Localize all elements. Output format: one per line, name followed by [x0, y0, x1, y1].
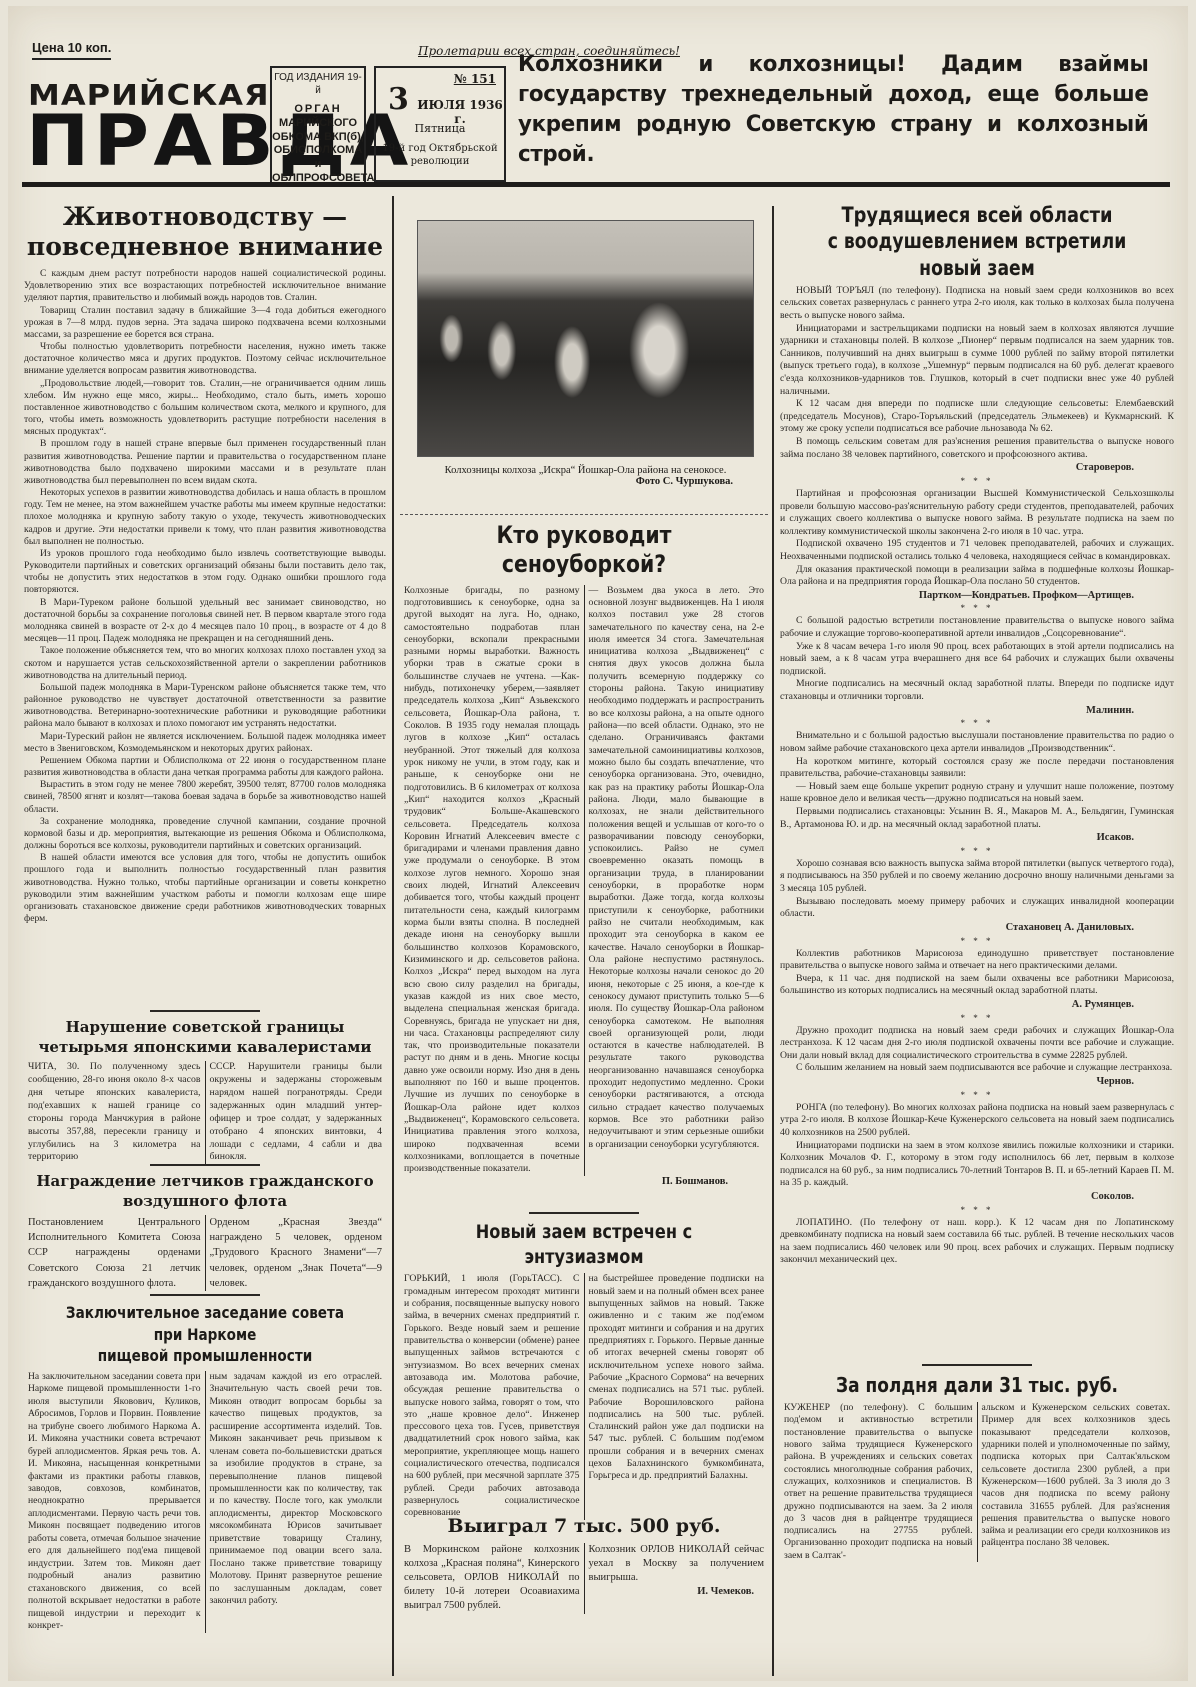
- column-text: Колхозник ОРЛОВ НИКОЛАЙ сейчас уехал в М…: [584, 1543, 769, 1614]
- column-text: Колхозные бригады, по разному подготовив…: [400, 585, 584, 1176]
- article-haymaking: Кто руководит сеноуборкой? Колхозные бри…: [400, 514, 768, 1187]
- paragraph: С каждым днем растут потребности народов…: [24, 268, 386, 305]
- signature: Чернов.: [780, 1075, 1174, 1089]
- paragraph: Инициаторами подписки на заем в этом кол…: [780, 1140, 1174, 1190]
- divider: [922, 1364, 1032, 1366]
- paragraph: Коллектив работников Марисоюза единодушн…: [780, 948, 1174, 973]
- signature: Малинин.: [780, 704, 1174, 718]
- article-body: Постановлением Центрального Исполнительн…: [24, 1215, 386, 1291]
- paragraph: Такое положение объясняется тем, что во …: [24, 645, 386, 682]
- signature: Партком—Кондратьев. Профком—Артищев.: [780, 589, 1174, 603]
- paragraph: В нашей области имеются все условия для …: [24, 852, 386, 925]
- article-body: ЧИТА, 30. По полученному здесь сообщению…: [24, 1061, 386, 1164]
- paragraph: На коротком митинге, который состоялся с…: [780, 756, 1174, 781]
- paragraph: Вчера, к 11 час. дня подпиской на заем б…: [780, 973, 1174, 998]
- paragraph: РОНГА (по телефону). Во многих колхозах …: [780, 1102, 1174, 1140]
- column-text: ЧИТА, 30. По полученному здесь сообщению…: [24, 1061, 205, 1164]
- paragraph: Инициаторами и застрельщиками подписки н…: [780, 323, 1174, 399]
- banner-slogan: Колхозники и колхозницы! Дадим взаймы го…: [518, 50, 1149, 170]
- section-separator-stars: * * *: [780, 1206, 1174, 1215]
- article-body: КУЖЕНЕР (по телефону). С большим под'емо…: [780, 1402, 1174, 1562]
- paragraph: Большой падеж молодняка в Мари-Туренском…: [24, 682, 386, 731]
- paragraph: Многие подписались на месячный оклад зар…: [780, 678, 1174, 703]
- paragraph: В помощь сельским советам для раз'яснени…: [780, 436, 1174, 461]
- paragraph: Первыми подписались стахановцы: Усынин В…: [780, 806, 1174, 831]
- signature: Староверов.: [780, 461, 1174, 475]
- column-divider: [392, 196, 394, 1676]
- signature: И. Чемеков.: [589, 1585, 765, 1599]
- article-headline: Кто руководит сеноуборкой?: [428, 521, 741, 579]
- paragraph: Из уроков прошлого года необходимо было …: [24, 548, 386, 597]
- paragraph: Для оказания практической помощи в реали…: [780, 564, 1174, 589]
- issue-weekday: Пятница: [376, 122, 504, 135]
- article-headline: Трудящиеся всей области: [810, 202, 1145, 228]
- date-box: № 151 3 ИЮЛЯ 1936 г. Пятница 19-й год Ок…: [374, 66, 506, 182]
- article-pilots: Награждение летчиков гражданского воздуш…: [24, 1158, 386, 1291]
- column-text: ным задачам каждой из его отраслей. Знач…: [205, 1371, 387, 1633]
- photo-haymaking: [417, 220, 754, 457]
- section-separator-stars: * * *: [780, 477, 1174, 486]
- article-headline: повседневное внимание: [24, 232, 386, 262]
- paragraph: Дружно проходит подписка на новый заем с…: [780, 1025, 1174, 1063]
- photo-block: Колхозницы колхоза „Искра“ Йошкар-Ола ра…: [408, 220, 763, 487]
- paragraph: Подпиской охвачено 195 студентов и 71 че…: [780, 538, 1174, 563]
- photo-credit: Фото С. Чуршукова.: [408, 476, 763, 487]
- column-text: — Возьмем два укоса в лето. Это основной…: [584, 585, 769, 1176]
- signature: П. Бошманов.: [400, 1176, 768, 1187]
- paragraph: К 12 часам дня впереди по подписке шли с…: [780, 398, 1174, 436]
- article-body: На заключительном заседании совета при Н…: [24, 1371, 386, 1633]
- column-text: В Моркинском районе колхозник колхоза „К…: [400, 1543, 584, 1614]
- organ-line: ОБИСПОЛКОМА и: [272, 144, 364, 172]
- paragraph: С большим желанием на новый заем подписы…: [780, 1062, 1174, 1075]
- paragraph: Хорошо сознавая всю важность выпуска зай…: [780, 858, 1174, 896]
- paragraph: Вырастить в этом году не менее 7800 жере…: [24, 779, 386, 816]
- signature: Стахановец А. Даниловых.: [780, 921, 1174, 935]
- article-headline: Заключительное заседание совета при Нарк…: [51, 1302, 359, 1345]
- section-separator-stars: * * *: [780, 937, 1174, 946]
- article-body: Колхозные бригады, по разному подготовив…: [400, 585, 768, 1176]
- paragraph: Товарищ Сталин поставил задачу в ближайш…: [24, 305, 386, 342]
- article-headline: пищевой промышленности: [51, 1345, 359, 1367]
- paragraph: Внимательно и с большой радостью выслуша…: [780, 730, 1174, 755]
- divider: [400, 514, 768, 515]
- column-text: КУЖЕНЕР (по телефону). С большим под'емо…: [780, 1402, 977, 1562]
- article-body: ГОРЬКИЙ, 1 июля (ГорьТАСС). С громадным …: [400, 1273, 768, 1519]
- divider: [150, 1010, 260, 1012]
- signature: Соколов.: [780, 1190, 1174, 1204]
- paragraph: В прошлом году в нашей стране впервые бы…: [24, 438, 386, 487]
- article-headline: Нарушение советской границы: [24, 1018, 386, 1038]
- column-text: ГОРЬКИЙ, 1 июля (ГорьТАСС). С громадным …: [400, 1273, 584, 1519]
- article-food-industry: Заключительное заседание совета при Нарк…: [24, 1288, 386, 1633]
- divider: [150, 1294, 260, 1296]
- paragraph: Мари-Туреский район не является исключен…: [24, 731, 386, 755]
- signature: Исаков.: [780, 831, 1174, 845]
- article-headline: Награждение летчиков гражданского: [24, 1172, 386, 1192]
- publication-info-box: ГОД ИЗДАНИЯ 19-й ОРГАН МАРИЙСКОГО ОБКОМА…: [270, 66, 366, 186]
- column-text: Постановлением Центрального Исполнительн…: [24, 1215, 205, 1291]
- article-lottery: Выиграл 7 тыс. 500 руб. В Моркинском рай…: [400, 1514, 768, 1614]
- article-headline: Животноводству —: [24, 202, 386, 232]
- column-text: Колхозник ОРЛОВ НИКОЛАЙ сейчас уехал в М…: [589, 1544, 765, 1583]
- paragraph: — Новый заем еще больше укрепит родную с…: [780, 781, 1174, 806]
- article-body: С каждым днем растут потребности народов…: [24, 268, 386, 925]
- article-headline: воздушного флота: [24, 1192, 386, 1212]
- article-headline: с воодушевлением встретили новый заем: [815, 228, 1138, 281]
- issue-day: 3: [388, 82, 409, 117]
- revolution-year: 19-й год Октябрьской революции: [376, 142, 504, 168]
- column-text: На заключительном заседании совета при Н…: [24, 1371, 205, 1633]
- newspaper-page: Цена 10 коп. Пролетарии всех стран, соед…: [8, 6, 1188, 1681]
- organ-line: МАРИЙСКОГО: [272, 117, 364, 131]
- article-headline: За полдня дали 31 тыс. руб.: [810, 1372, 1145, 1398]
- price-label: Цена 10 коп.: [32, 40, 111, 60]
- article-headline: четырьмя японскими кавалеристами: [24, 1038, 386, 1058]
- masthead-divider: [22, 182, 1170, 187]
- column-text: на быстрейшее проведение подписки на нов…: [584, 1273, 769, 1519]
- photo-caption: Колхозницы колхоза „Искра“ Йошкар-Ола ра…: [408, 465, 763, 476]
- paragraph: В Мари-Туреком районе большой удельный в…: [24, 597, 386, 646]
- article-body: В Моркинском районе колхозник колхоза „К…: [400, 1543, 768, 1614]
- section-separator-stars: * * *: [780, 719, 1174, 728]
- column-text: Орденом „Красная Звезда“ награждено 5 че…: [205, 1215, 387, 1291]
- paragraph: С большой радостью встретили постановлен…: [780, 615, 1174, 640]
- paragraph: НОВЫЙ ТОРЪЯЛ (по телефону). Подписка на …: [780, 285, 1174, 323]
- column-text: альском и Куженерском сельских советах. …: [977, 1402, 1175, 1562]
- paragraph: Вызываю последовать моему примеру рабочи…: [780, 896, 1174, 921]
- organ-line: ОБКОМА ВКП(б),: [272, 131, 364, 145]
- article-region-loan: Трудящиеся всей области с воодушевлением…: [780, 202, 1174, 1267]
- paragraph: „Продовольствие людей,—говорит тов. Стал…: [24, 378, 386, 439]
- paragraph: Уже к 8 часам вечера 1-го июля 90 проц. …: [780, 641, 1174, 679]
- article-half-day: За полдня дали 31 тыс. руб. КУЖЕНЕР (по …: [780, 1358, 1174, 1562]
- paragraph: За сохранение молодняка, проведение случ…: [24, 816, 386, 853]
- organ-label: ОРГАН: [272, 103, 364, 117]
- article-new-loan: Новый заем встречен с энтузиазмом ГОРЬКИ…: [400, 1206, 768, 1520]
- article-body: НОВЫЙ ТОРЪЯЛ (по телефону). Подписка на …: [780, 285, 1174, 1267]
- signature: А. Румянцев.: [780, 998, 1174, 1012]
- article-border: Нарушение советской границы четырьмя япо…: [24, 1004, 386, 1164]
- divider: [150, 1164, 260, 1166]
- issue-number: № 151: [454, 72, 496, 86]
- article-headline: Выиграл 7 тыс. 500 руб.: [400, 1514, 768, 1539]
- paragraph: Решением Обкома партии и Облисполкома от…: [24, 755, 386, 779]
- paragraph: Партийная и профсоюзная организации Высш…: [780, 488, 1174, 538]
- section-separator-stars: * * *: [780, 604, 1174, 613]
- column-text: СССР. Нарушители границы были окружены и…: [205, 1061, 387, 1164]
- article-headline: Новый заем встречен с энтузиазмом: [428, 1220, 741, 1269]
- divider: [529, 1212, 639, 1214]
- paragraph: Чтобы полностью удовлетворить потребност…: [24, 341, 386, 378]
- article-livestock: Животноводству — повседневное внимание С…: [24, 202, 386, 925]
- paragraph: ЛОПАТИНО. (По телефону от наш. корр.). К…: [780, 1217, 1174, 1267]
- paragraph: Некоторых успехов в развитии животноводс…: [24, 487, 386, 548]
- column-divider: [772, 206, 774, 1676]
- section-separator-stars: * * *: [780, 847, 1174, 856]
- section-separator-stars: * * *: [780, 1014, 1174, 1023]
- section-separator-stars: * * *: [780, 1091, 1174, 1100]
- year-of-publication: ГОД ИЗДАНИЯ 19-й: [272, 72, 364, 97]
